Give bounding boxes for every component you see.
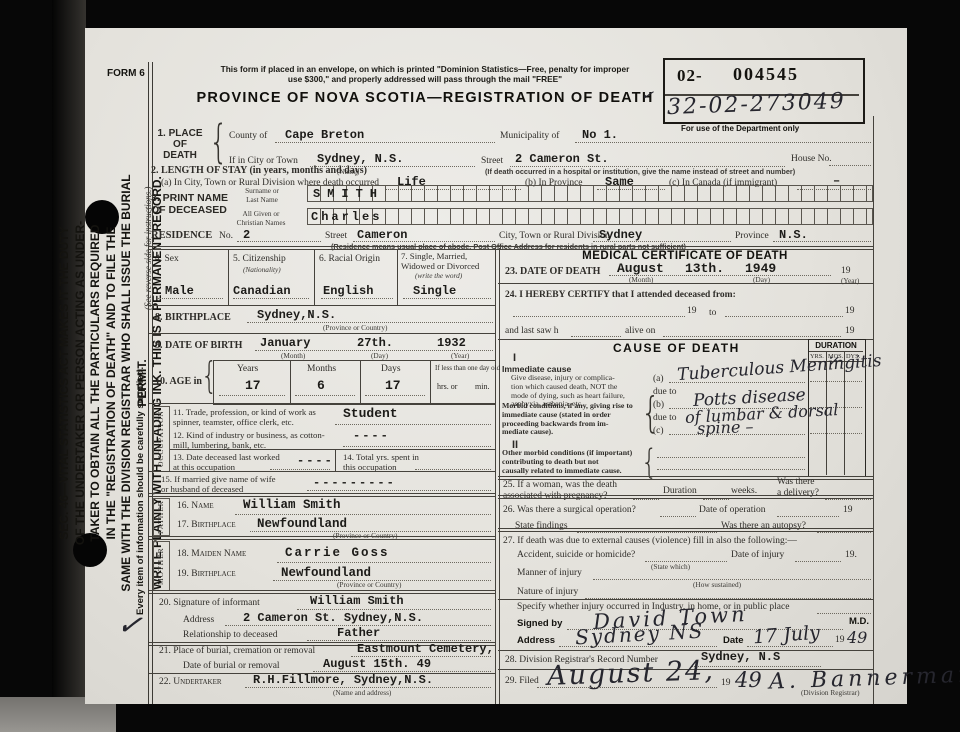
q26-line-2	[777, 515, 839, 517]
dob-year-sub: (Year)	[451, 351, 469, 360]
age-days-label: Days	[381, 364, 401, 374]
dob-year-value: 1932	[437, 336, 466, 350]
department-box-caption: For use of the Department only	[681, 124, 799, 133]
certify-line-1a	[513, 315, 685, 317]
age-hrs-label: hrs. or	[437, 382, 457, 391]
occupation-row-line	[170, 449, 495, 450]
dod-bottom-line	[498, 283, 873, 284]
q27-accident-label: Accident, suicide or homicide?	[517, 550, 635, 560]
q27-manner-label: Manner of injury	[517, 568, 582, 578]
municipality-label: Municipality of	[500, 131, 559, 141]
registrar-signature: A. Bannerman	[769, 662, 960, 694]
mother-name-line	[277, 561, 491, 563]
informant-relation-line	[307, 639, 491, 641]
citizenship-value: Canadian	[233, 284, 291, 298]
marital-label: 7. Single, Married, Widowed or Divorced	[401, 252, 479, 271]
industry-label: 12. Kind of industry or business, as cot…	[173, 430, 325, 450]
informant-address-label: Address	[183, 615, 214, 625]
last-saw-line-1	[571, 335, 621, 337]
municipality-line	[575, 141, 871, 143]
informant-name-value: William Smith	[310, 594, 404, 608]
dob-month-sub: (Month)	[281, 351, 305, 360]
trade-label: 11. Trade, profession, or kind of work a…	[173, 407, 316, 427]
burial-date-value: August 15th. 49	[323, 657, 431, 671]
age-less-label: If less than one day old	[435, 364, 500, 372]
md-label: M.D.	[849, 616, 869, 627]
q27-19: 19.	[845, 550, 857, 560]
burial-place-value: Eastmount Cemetery,	[357, 642, 494, 656]
spouse-value: ---------	[313, 476, 396, 490]
undertaker-sub: (Name and address)	[333, 688, 391, 697]
certify-19b: 19	[845, 306, 855, 316]
signed-yy-value: 49	[847, 628, 867, 647]
q27-line-5	[817, 612, 871, 614]
last-saw-label: and last saw h	[505, 326, 559, 336]
q27-how-sub: (How sustained)	[693, 580, 741, 589]
occupation-bottom-line	[149, 471, 495, 472]
father-birthplace-value: Newfoundland	[257, 517, 347, 531]
mother-birthplace-label: 19. Birthplace	[177, 569, 236, 579]
cause-b-label: (b)	[653, 400, 664, 410]
citizenship-sub: (Nationality)	[243, 265, 281, 274]
print-name-label: 3. PRINT NAME OF DECEASED	[151, 192, 228, 216]
informant-name-line	[297, 608, 491, 610]
spouse-bottom-line	[149, 493, 495, 497]
cause-a-label: (a)	[653, 374, 664, 384]
certify-to: to	[709, 308, 716, 318]
citizenship-line	[233, 297, 309, 299]
surname-value: SMITH	[313, 187, 384, 201]
house-no-label: House No.	[791, 154, 832, 164]
city-value: Sydney, N.S.	[317, 152, 403, 166]
cause-a-check: ✓	[827, 354, 839, 370]
trade-value: Student	[343, 406, 398, 421]
dob-day-value: 27th.	[357, 336, 393, 350]
given-name-boxes	[307, 208, 873, 225]
age-divider-2	[360, 360, 361, 403]
father-birthplace-label: 17. Birthplace	[177, 520, 236, 530]
vitals-bottom-line	[149, 305, 495, 306]
vitals-divider-1	[228, 250, 229, 305]
q26-date-label: Date of operation	[699, 505, 765, 515]
racial-origin-value: English	[323, 284, 373, 298]
age-months-value: 6	[317, 378, 325, 393]
dod-label: 23. DATE OF DEATH	[505, 266, 600, 277]
certify-line-1b	[725, 315, 843, 317]
industry-value: ----	[353, 429, 390, 443]
burial-date-label: Date of burial or removal	[183, 661, 280, 671]
informant-label: 20. Signature of informant	[159, 598, 260, 608]
cause-c-line	[669, 433, 805, 435]
surname-boxes	[307, 185, 873, 202]
signed-by-label: Signed by	[517, 618, 562, 629]
surname-label: Surname or Last Name	[233, 186, 291, 204]
place-brace: {	[209, 116, 228, 169]
q27-label: 27. If death was due to external causes …	[503, 536, 797, 546]
physician-address-line	[559, 645, 717, 647]
cause-a-line	[669, 381, 805, 383]
age-divider-3	[430, 360, 431, 403]
father-name-label: 16. Name	[177, 501, 214, 511]
trade-line	[335, 423, 491, 425]
age-days-line	[365, 394, 425, 396]
residence-province-line	[773, 240, 871, 242]
given-name-label: All Given or Christian Names	[229, 209, 293, 227]
cause-heading: CAUSE OF DEATH	[613, 341, 740, 355]
informant-address-value: 2 Cameron St. Sydney,N.S.	[243, 611, 423, 625]
form-number: FORM 6	[107, 68, 145, 79]
q29-19: 19	[721, 678, 731, 688]
age-min-label: min.	[475, 382, 489, 391]
certificate-paper: SEC. 46—VITAL STATISTICS ACT MAKES IT TH…	[85, 28, 907, 704]
age-brace: {	[201, 356, 218, 398]
stay-heading: 2. LENGTH OF STAY (in years, months and …	[151, 165, 367, 176]
age-months-line	[295, 394, 355, 396]
vitals-divider-2	[314, 250, 315, 305]
given-name-value: Charles	[311, 210, 382, 224]
occupation-vertical-label: OCCUPATION	[156, 409, 165, 469]
street-value: 2 Cameron St.	[515, 152, 609, 166]
father-vertical-label: FATHER	[156, 500, 165, 534]
duration-label: DURATION	[808, 341, 864, 350]
birthplace-bottom-line	[149, 333, 495, 334]
dob-month-value: January	[260, 336, 310, 350]
carefully-supplied-note: Every item of information should be care…	[135, 348, 146, 633]
undertaker-label: 22. Undertaker	[159, 677, 222, 687]
county-line	[275, 141, 495, 143]
place-of-death-label: 1. PLACE OF DEATH	[151, 128, 209, 161]
father-name-line	[235, 513, 491, 515]
last-worked-value: ----	[297, 454, 334, 468]
marital-sub: (write the word)	[415, 271, 462, 280]
certify-19a: 19	[687, 306, 697, 316]
cause-c-label: (c)	[653, 426, 664, 436]
q25-bottom-line	[498, 495, 873, 499]
form-right-border	[873, 116, 874, 704]
marital-value: Single	[413, 284, 456, 298]
racial-origin-label: 6. Racial Origin	[319, 254, 380, 264]
signed-date-label: Date	[723, 635, 744, 646]
cause-due-to-2: due to	[653, 413, 676, 423]
signed-19: 19	[835, 635, 845, 645]
q26-line-1	[660, 515, 696, 517]
signed-bottom-line	[498, 650, 873, 651]
father-bottom-line	[149, 536, 495, 540]
citizenship-label: 5. Citizenship	[233, 254, 286, 264]
dod-19: 19	[841, 266, 851, 276]
mother-name-value: Carrie Goss	[285, 546, 390, 560]
q27-state-sub: (State which)	[651, 562, 690, 571]
residence-no-label: No.	[219, 231, 233, 241]
last-worked-label: 13. Date deceased last worked at this oc…	[173, 452, 280, 472]
q29-line	[537, 686, 717, 688]
margin-checkmark: ✓	[115, 606, 145, 644]
father-name-value: William Smith	[243, 498, 341, 512]
father-vertical-box: FATHER	[153, 498, 170, 536]
sex-value: Male	[165, 284, 194, 298]
county-value: Cape Breton	[285, 128, 364, 142]
title-checkmark: ✓	[640, 85, 656, 105]
age-years-line	[219, 394, 285, 396]
burial-date-line	[313, 670, 491, 672]
duration-row-c	[810, 432, 862, 434]
mother-name-label: 18. Maiden Name	[177, 549, 246, 559]
registration-number: 004545	[733, 64, 799, 85]
q26-label: 26. Was there a surgical operation?	[503, 505, 636, 515]
age-label: 10. AGE in	[155, 376, 202, 387]
age-days-value: 17	[385, 378, 401, 393]
county-label: County of	[229, 131, 267, 141]
mother-birthplace-value: Newfoundland	[281, 566, 371, 580]
age-years-label: Years	[237, 364, 258, 374]
occupation-1314-divider	[335, 449, 336, 471]
residence-label: RESIDENCE	[151, 230, 212, 241]
sex-line	[157, 297, 223, 299]
q27-line-2	[795, 560, 841, 562]
certify-19c: 19	[845, 326, 855, 336]
signed-date-line	[747, 645, 833, 647]
birthplace-sub: (Province or Country)	[323, 323, 387, 332]
mail-notice: This form if placed in an envelope, on w…	[205, 64, 645, 84]
industry-line	[343, 445, 491, 447]
alive-on-label: alive on	[625, 326, 655, 336]
dob-label: 9. DATE OF BIRTH	[155, 340, 242, 351]
other-morbid-line-2	[657, 468, 805, 470]
q26-bottom-line	[498, 528, 873, 532]
age-bottom-line	[149, 403, 495, 404]
total-years-label: 14. Total yrs. spent in this occupation	[343, 452, 419, 472]
sex-label: 4. Sex	[155, 254, 179, 264]
spouse-line	[307, 489, 491, 491]
form-title: PROVINCE OF NOVA SCOTIA—REGISTRATION OF …	[175, 90, 675, 106]
occupation-vertical-box: OCCUPATION	[153, 406, 170, 472]
q27-specify-top-line	[498, 599, 873, 600]
cause-roman-1: I	[513, 352, 516, 364]
mother-vertical-box: MOTHER	[153, 541, 170, 591]
burial-place-label: 21. Place of burial, cremation or remova…	[159, 646, 315, 656]
q27-nature-label: Nature of injury	[517, 587, 578, 597]
informant-relation-label: Relationship to deceased	[183, 630, 277, 640]
age-divider-1	[290, 360, 291, 403]
dob-day-sub: (Day)	[371, 351, 388, 360]
racial-line	[321, 297, 393, 299]
residence-street-label: Street	[325, 231, 347, 241]
total-years-line	[415, 468, 491, 470]
informant-relation-value: Father	[337, 626, 380, 640]
q29-label: 29. Filed	[505, 676, 539, 686]
birthplace-label: 8. BIRTHPLACE	[155, 312, 231, 323]
registration-number-prefix: 02-	[677, 66, 703, 86]
certify-label: 24. I HEREBY CERTIFY that I attended dec…	[505, 290, 736, 300]
spouse-label: 15. If married give name of wife or husb…	[161, 474, 276, 494]
street-sub: (If death occurred in a hospital or inst…	[485, 167, 880, 176]
registrar-sub: (Division Registrar)	[801, 688, 860, 697]
marital-line	[403, 297, 491, 299]
scanned-death-certificate: SEC. 46—VITAL STATISTICS ACT MAKES IT TH…	[0, 0, 960, 732]
last-worked-line	[270, 468, 330, 470]
municipality-value: No 1.	[582, 128, 618, 142]
undertaker-value: R.H.Fillmore, Sydney,N.S.	[253, 673, 433, 687]
q27-date-label: Date of injury	[731, 550, 784, 560]
age-years-value: 17	[245, 378, 261, 393]
filed-yy-value: 49	[735, 668, 762, 692]
physician-address-label: Address	[517, 635, 555, 646]
other-morbid-text: Other morbid conditions (if important) c…	[502, 449, 632, 475]
residence-no-line	[237, 240, 321, 242]
last-saw-line-2	[663, 335, 841, 337]
q26-19: 19	[843, 505, 853, 515]
vitals-divider-3	[397, 250, 398, 305]
mother-birthplace-sub: (Province or Country)	[337, 580, 401, 589]
birthplace-value: Sydney,N.S.	[257, 308, 336, 322]
morbid-text: Morbid conditions, if any, giving rise t…	[502, 402, 633, 437]
mother-vertical-label: MOTHER	[156, 544, 165, 588]
other-morbid-line-1	[657, 456, 805, 458]
street-label: Street	[481, 156, 503, 166]
duration-row-a	[810, 380, 862, 382]
house-no-line	[829, 164, 871, 166]
age-months-label: Months	[307, 364, 336, 374]
residence-province-label: Province	[735, 231, 769, 241]
